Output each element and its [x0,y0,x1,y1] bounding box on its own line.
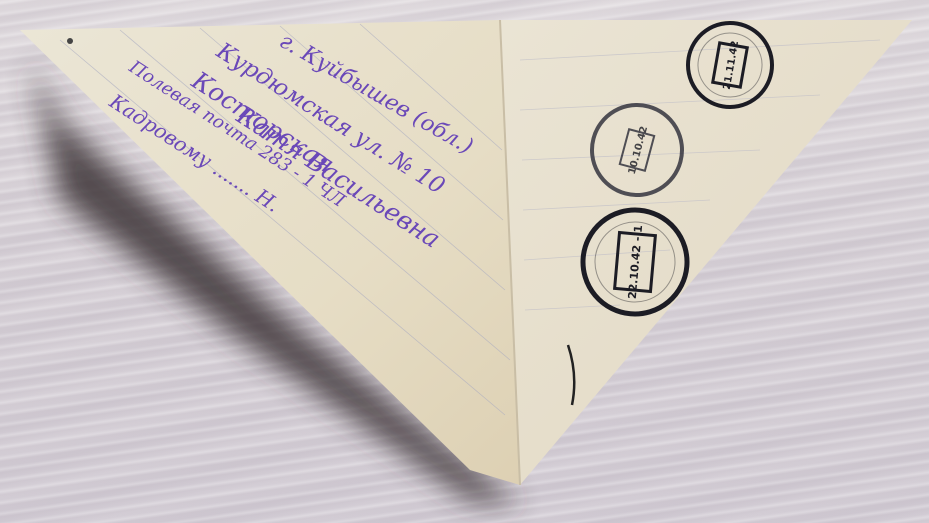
letter-back-flap [500,20,912,485]
letter-triangle: г. Куйбышев (обл.) Курдюмская ул. № 10 К… [0,0,929,523]
